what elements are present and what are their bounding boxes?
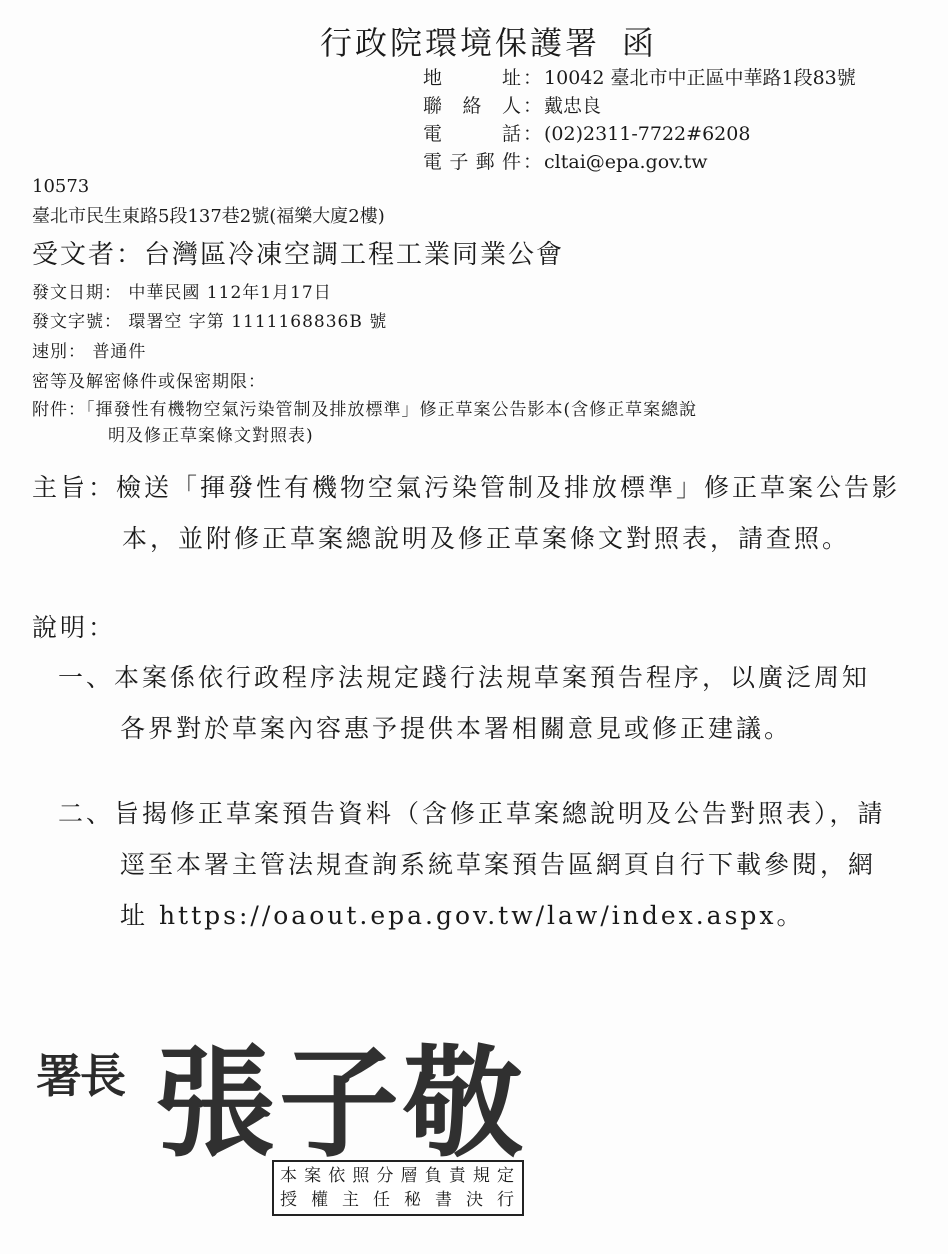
speed-value: 普通件 [92,342,146,362]
delivery-speed: 速別： 普通件 [32,337,146,362]
attachment: 附件：「揮發性有機物空氣污染管制及排放標準」修正草案公告影本(含修正草案總說 明… [32,397,922,449]
contact-label: 地 址 [423,64,521,92]
recipient-label: 受文者： [32,240,144,270]
explanation-item-1: 一、本案係依行政程序法規定踐行法規草案預告程序，以廣泛周知各界對於草案內容惠予提… [58,652,888,754]
date-label: 發文日期： [32,283,122,303]
stamp-line2: 授權主任秘書決行 [280,1188,516,1212]
contact-value: 戴忠良 [544,95,601,117]
signer-signature: 張子敬 [155,1008,527,1180]
contact-person: 聯 絡 人：戴忠良 [423,92,601,120]
agency-name: 行政院環境保護署 [320,24,600,62]
explanation-heading: 說明： [32,608,116,644]
number-value: 環署空 字第 1111168836B 號 [128,312,387,332]
item-text: 本案係依行政程序法規定踐行法規草案預告程序，以廣泛周知各界對於草案內容惠予提供本… [114,663,870,743]
contact-value: 10042 臺北市中正區中華路1段83號 [544,67,856,89]
explanation-item-2: 二、旨揭修正草案預告資料（含修正草案總說明及公告對照表），請逕至本署主管法規查詢… [58,788,888,941]
recipient-name: 台灣區冷凍空調工程工業同業公會 [144,240,564,270]
subject-label: 主旨： [32,473,116,502]
contact-address: 地 址：10042 臺北市中正區中華路1段83號 [423,64,856,92]
subject: 主旨：檢送「揮發性有機物空氣污染管制及排放標準」修正草案公告影本，並附修正草案總… [32,462,902,564]
contact-phone: 電 話：(02)2311-7722#6208 [423,120,750,148]
date-value: 中華民國 112年1月17日 [128,283,331,303]
number-label: 發文字號： [32,312,122,332]
delegation-stamp: 本案依照分層負責規定 授權主任秘書決行 [272,1160,524,1216]
recipient: 受文者：台灣區冷凍空調工程工業同業公會 [32,234,564,271]
contact-label: 電 話 [423,120,521,148]
stamp-line1: 本案依照分層負責規定 [280,1164,516,1188]
issue-date: 發文日期： 中華民國 112年1月17日 [32,278,332,303]
contact-label: 電子郵件 [423,148,521,176]
contact-email: 電子郵件：cltai@epa.gov.tw [423,148,708,176]
recipient-address: 臺北市民生東路5段137巷2號(福樂大廈2樓) [32,202,385,228]
contact-value: (02)2311-7722#6208 [544,123,750,145]
speed-label: 速別： [32,342,86,362]
item-number: 二、 [58,799,114,828]
document-type: 函 [622,24,657,62]
document-title: 行政院環境保護署函 [320,18,657,64]
item-text: 旨揭修正草案預告資料（含修正草案總說明及公告對照表），請逕至本署主管法規查詢系統… [114,799,886,930]
attachment-label: 附件： [32,400,86,420]
secrecy-level: 密等及解密條件或保密期限： [32,367,266,392]
item-number: 一、 [58,663,114,692]
signer-title: 署長 [36,1040,124,1106]
contact-value: cltai@epa.gov.tw [544,151,708,173]
attachment-line2: 明及修正草案條文對照表) [32,423,922,449]
subject-text: 檢送「揮發性有機物空氣污染管制及排放標準」修正草案公告影本，並附修正草案總說明及… [116,473,900,553]
contact-label: 聯 絡 人 [423,92,521,120]
document-number: 發文字號： 環署空 字第 1111168836B 號 [32,307,387,332]
attachment-line1: 「揮發性有機物空氣污染管制及排放標準」修正草案公告影本(含修正草案總說 [86,400,697,420]
postal-code: 10573 [32,176,89,197]
